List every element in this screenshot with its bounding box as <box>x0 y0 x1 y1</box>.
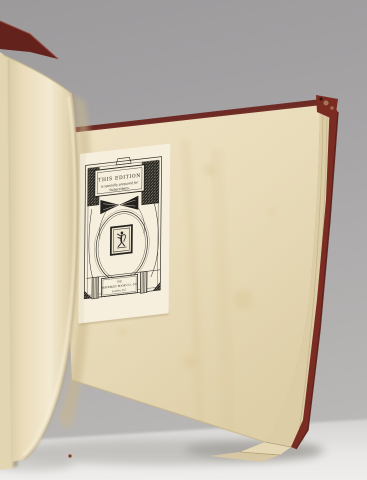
lion-stamp <box>111 225 132 255</box>
photo-open-book: THIS EDITION is specially prepared for S… <box>0 0 367 480</box>
limitation-plate-card: THIS EDITION is specially prepared for S… <box>78 144 170 326</box>
left-column-ornament <box>92 277 99 299</box>
imprint-the: THE <box>117 280 122 284</box>
book-photo-canvas: THIS EDITION is specially prepared for S… <box>0 0 367 480</box>
right-column-ornament <box>140 271 147 293</box>
top-cartouche: THIS EDITION is specially prepared for S… <box>95 165 145 197</box>
debris-speck <box>68 454 71 457</box>
